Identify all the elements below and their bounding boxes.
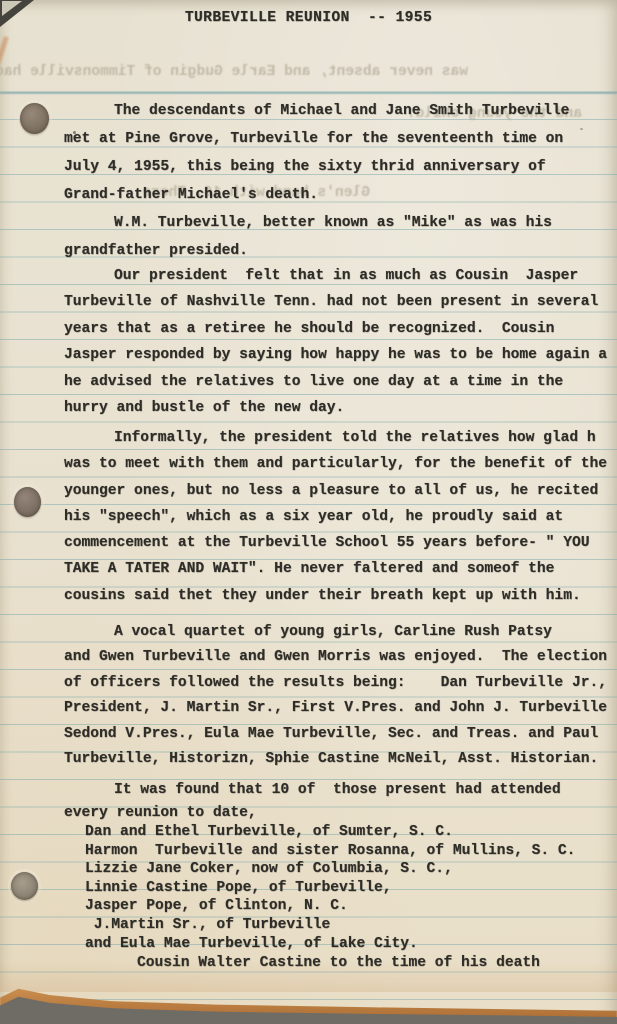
attendee-list: Dan and Ethel Turbeville, of Sumter, S. … bbox=[85, 823, 615, 953]
text-line: W.M. Turbeville, better known as "Mike" … bbox=[64, 209, 617, 237]
attendee-list-item: and Eula Mae Turbeville, of Lake City. bbox=[85, 935, 615, 954]
paragraph: A vocal quartet of young girls, Carline … bbox=[64, 620, 617, 772]
text-line: he advised the relatives to live one day… bbox=[64, 369, 617, 395]
text-line: It was found that 10 of those present ha… bbox=[64, 779, 617, 802]
paragraph: W.M. Turbeville, better known as "Mike" … bbox=[64, 209, 617, 265]
scanned-page: was never absent, and Earle Gudgin of Ti… bbox=[0, 0, 617, 1024]
punch-hole bbox=[11, 872, 38, 900]
attendee-list-item: Lizzie Jane Coker, now of Columbia, S. C… bbox=[85, 860, 615, 879]
text-line: years that as a retiree he should be rec… bbox=[64, 316, 617, 342]
text-line: Turbeville of Nashville Tenn. had not be… bbox=[64, 289, 617, 315]
text-line: his "speech", which as a six year old, h… bbox=[64, 504, 617, 530]
ink-speck bbox=[580, 128, 583, 130]
attendee-list-item: Linnie Castine Pope, of Turbeville, bbox=[85, 879, 615, 898]
text-line: commencement at the Turbeville School 55… bbox=[64, 530, 617, 556]
punch-hole bbox=[20, 103, 49, 134]
ghost-bleed-text: was never absent, and Earle Gudgin of Ti… bbox=[88, 64, 468, 80]
ink-speck bbox=[73, 131, 76, 134]
text-line: President, J. Martin Sr., First V.Pres. … bbox=[64, 696, 617, 721]
text-line: July 4, 1955, this being the sixty thrid… bbox=[64, 153, 617, 181]
text-line: Jasper responded by saying how happy he … bbox=[64, 342, 617, 368]
text-line: Turbeville, Historizn, Sphie Castine McN… bbox=[64, 747, 617, 772]
attendee-list-item: Harmon Turbeville and sister Rosanna, of… bbox=[85, 842, 615, 861]
attendee-list-item: J.Martin Sr., of Turbeville bbox=[85, 916, 615, 935]
ink-speck bbox=[222, 357, 224, 359]
paragraph: Informally, the president told the relat… bbox=[64, 425, 617, 609]
paragraph: Our president felt that in as much as Co… bbox=[64, 263, 617, 421]
text-line: younger ones, but no less a pleasure to … bbox=[64, 478, 617, 504]
text-line: met at Pine Grove, Turbeville for the se… bbox=[64, 125, 617, 153]
text-line: hurry and bustle of the new day. bbox=[64, 395, 617, 421]
text-line: Grand-father Michael's death. bbox=[64, 181, 617, 209]
text-line: was to meet with them and particularly, … bbox=[64, 451, 617, 477]
text-line: The descendants of Michael and Jane Smit… bbox=[64, 97, 617, 125]
paper-sheet: was never absent, and Earle Gudgin of Ti… bbox=[0, 0, 617, 1024]
text-line: Our president felt that in as much as Co… bbox=[64, 263, 617, 289]
punch-hole bbox=[14, 487, 41, 517]
text-line: grandfather presided. bbox=[64, 237, 617, 265]
text-line: and Gwen Turbeville and Gwen Morris was … bbox=[64, 645, 617, 670]
text-line: Informally, the president told the relat… bbox=[64, 425, 617, 451]
ruled-line-strong bbox=[0, 92, 617, 94]
attendee-list-item: Dan and Ethel Turbeville, of Sumter, S. … bbox=[85, 823, 615, 842]
text-line: cousins said thet they under their breat… bbox=[64, 583, 617, 609]
text-line: TAKE A TATER AND WAIT". He never faltere… bbox=[64, 556, 617, 582]
text-line: Sedond V.Pres., Eula Mae Turbeville, Sec… bbox=[64, 722, 617, 747]
paragraph: It was found that 10 of those present ha… bbox=[64, 779, 617, 826]
page-bottom-edge bbox=[0, 980, 617, 1024]
text-line: of officers followed the results being: … bbox=[64, 671, 617, 696]
page-title: TURBEVILLE REUNION -- 1955 bbox=[0, 10, 617, 26]
text-line: A vocal quartet of young girls, Carline … bbox=[64, 620, 617, 645]
attendee-list-item: Jasper Pope, of Clinton, N. C. bbox=[85, 897, 615, 916]
paragraph: The descendants of Michael and Jane Smit… bbox=[64, 97, 617, 209]
